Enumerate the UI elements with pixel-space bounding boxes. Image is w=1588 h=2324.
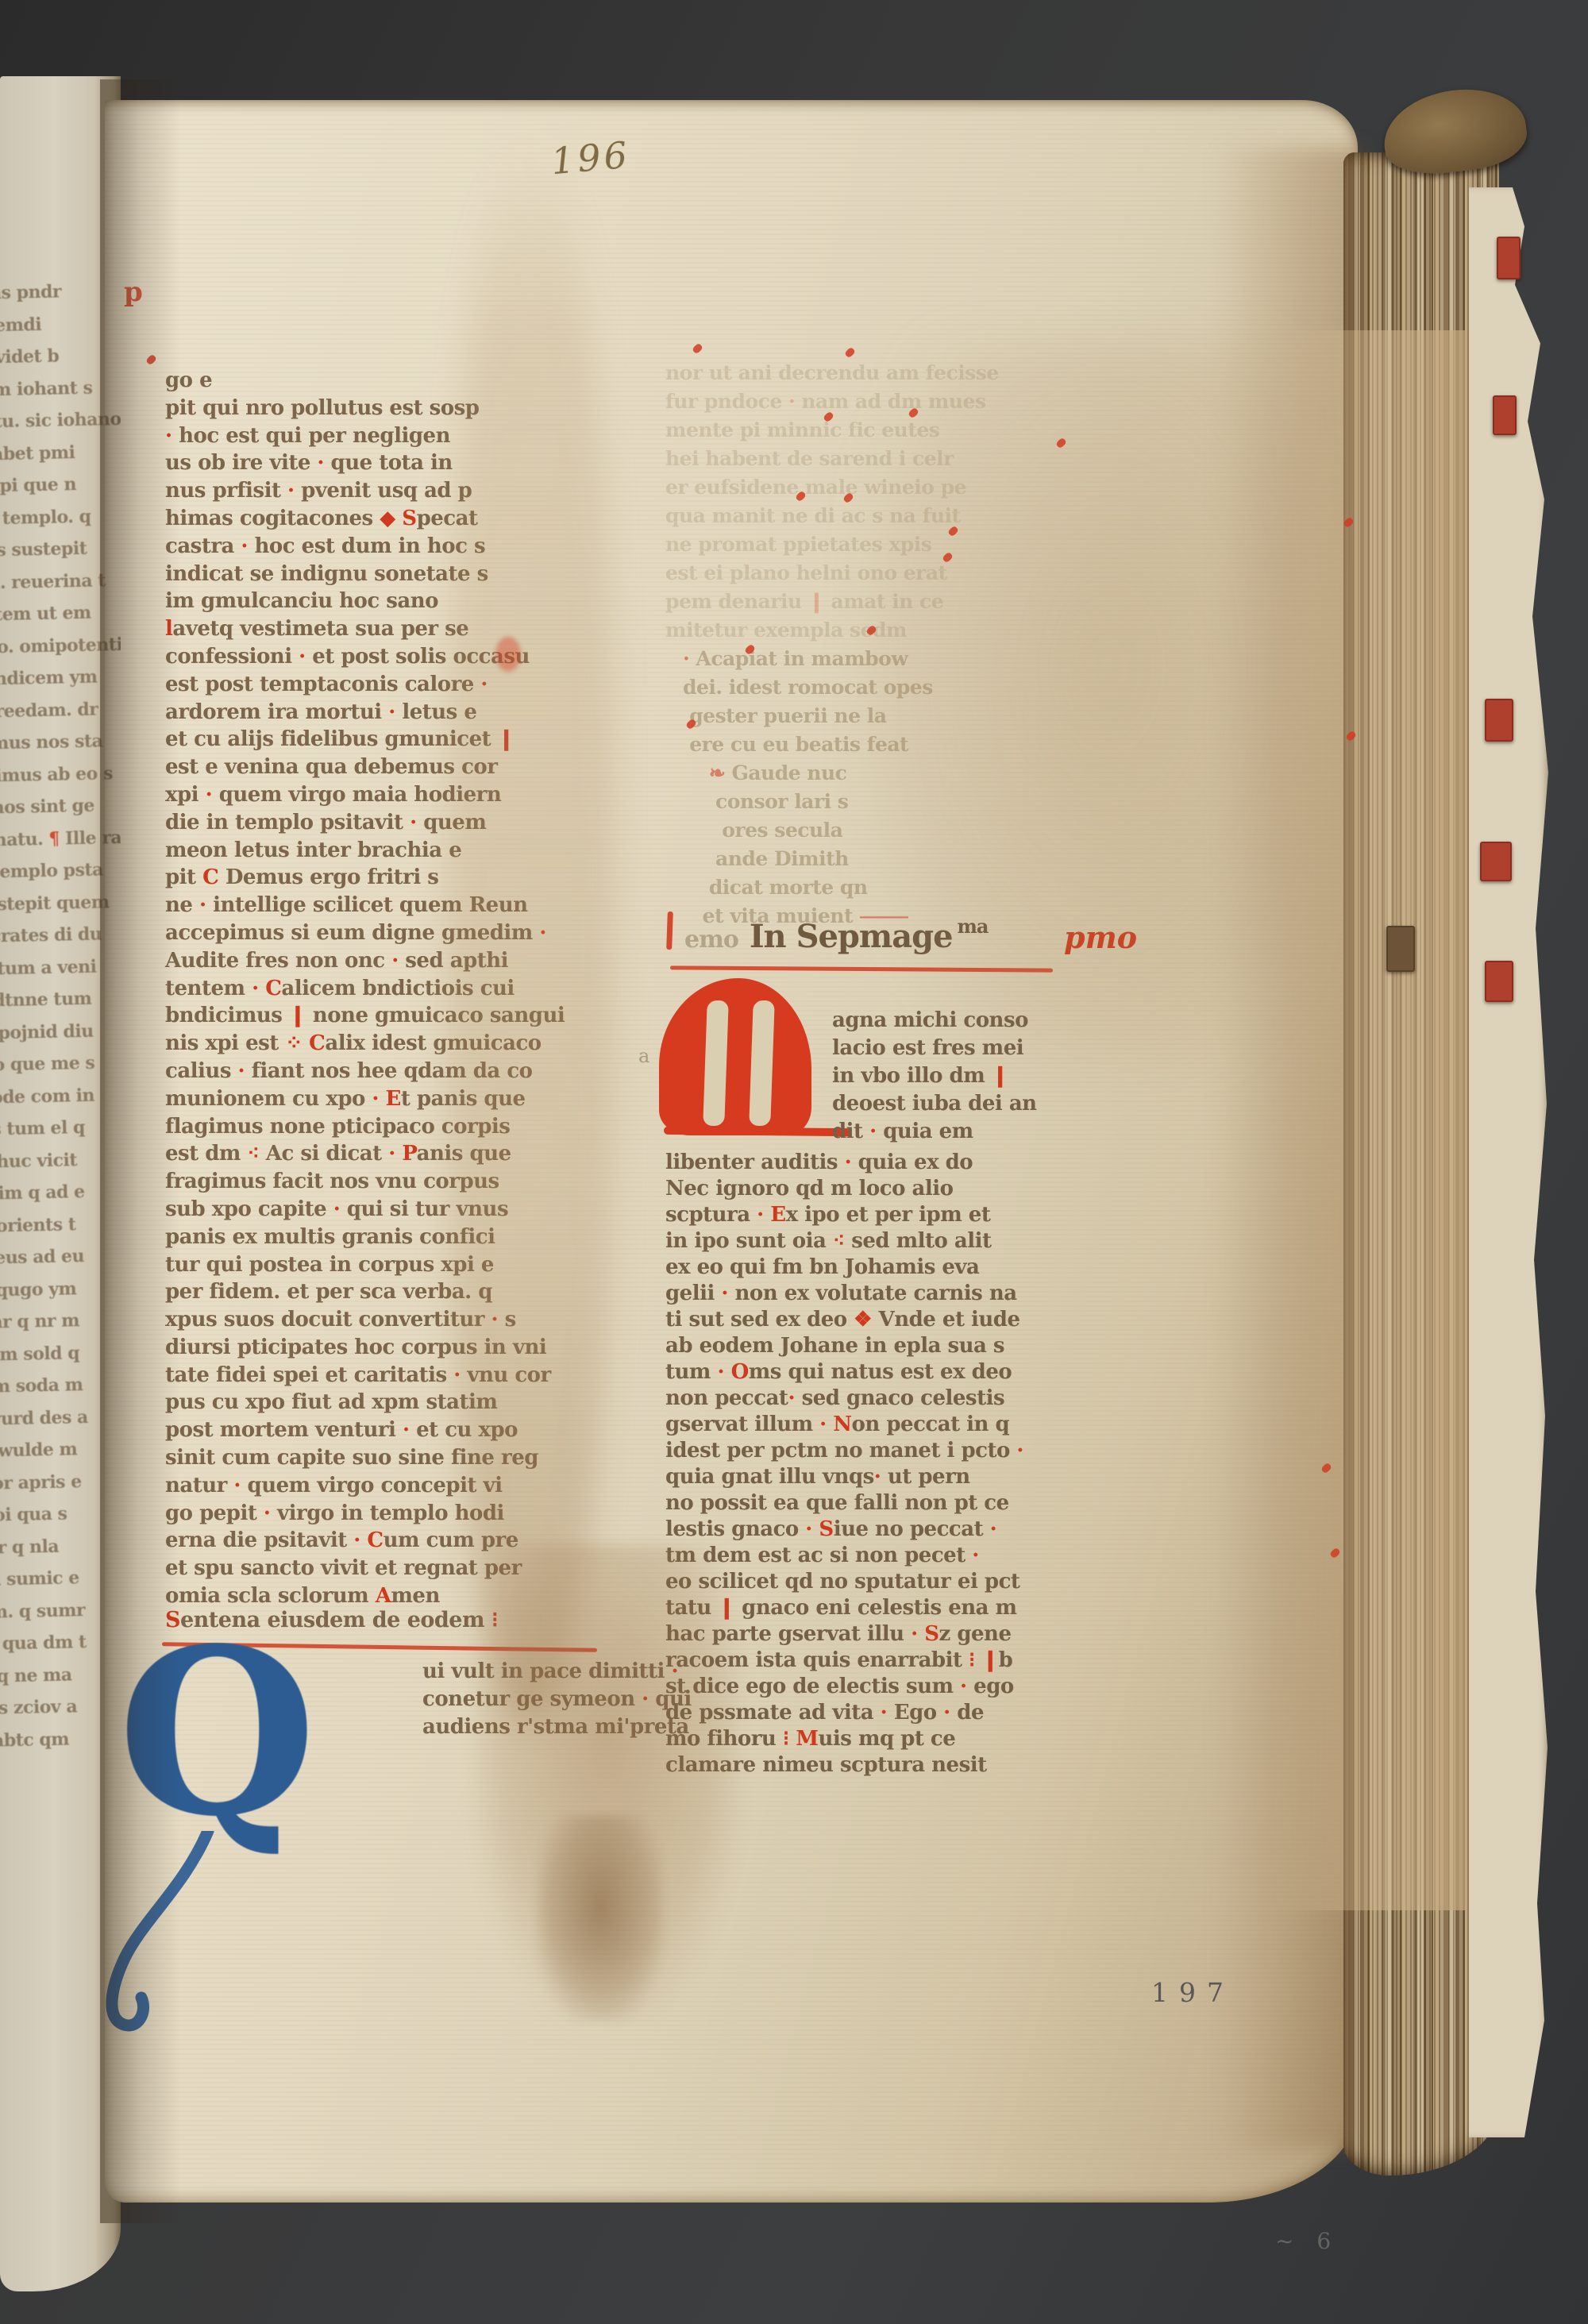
- edge-shadow-band: [1213, 148, 1360, 2149]
- manuscript-line: bndicimus ❙ none gmuicaco sangui: [165, 1002, 578, 1030]
- manuscript-line: qua manit ne di ac s na fuit: [665, 502, 1078, 530]
- manuscript-line: uem. q sumr: [0, 1593, 121, 1628]
- manuscript-line: mias tum el q: [0, 1111, 121, 1147]
- manuscript-line: agna michi conso: [832, 1007, 1166, 1035]
- manuscript-line: msecrates di du: [0, 918, 121, 954]
- red-dot: [1329, 1547, 1341, 1559]
- manuscript-line: asthim q ad e: [0, 1175, 121, 1211]
- manuscript-line: idest per pctm no manet i pcto ·: [665, 1438, 1110, 1464]
- manuscript-line: arij habet pmi: [0, 435, 121, 471]
- manuscript-line: de pssmate ad vita · Ego · de: [665, 1700, 1110, 1726]
- manuscript-line: est e venina qua debemus cor: [165, 753, 578, 781]
- bookmark-tab-red: [1485, 699, 1513, 742]
- manuscript-line: consor lari s: [683, 788, 1080, 816]
- manuscript-line: nus prfisit · pvenit usq ad p: [165, 477, 578, 505]
- manuscript-line: oim indicem ym: [0, 661, 121, 696]
- manuscript-line: eptimos sint ge: [0, 789, 121, 825]
- manuscript-line: nepi xpi que n: [0, 468, 121, 503]
- manuscript-line: no possit ea que falli non pt ce: [665, 1490, 1110, 1517]
- manuscript-line: pit qui nro pollutus est sosp: [165, 395, 578, 422]
- manuscript-line: m abtc qm: [0, 1721, 121, 1757]
- manuscript-line: us ob ire vite · que tota in: [165, 449, 578, 477]
- manuscript-line: lavetq vestimeta sua per se: [165, 615, 578, 643]
- manuscript-line: est ei plano helni ono erat: [665, 559, 1078, 588]
- manuscript-line: scptura · Ex ipo et per ipm et: [665, 1202, 1110, 1228]
- manuscript-line: nia qua dm t: [0, 1624, 121, 1660]
- manuscript-line: m gode com in: [0, 1078, 121, 1114]
- manuscript-line: dit · quia em: [832, 1118, 1166, 1146]
- manuscript-line: tatem. reuerina t: [0, 564, 121, 599]
- manuscript-line: · Acapiat in mambow: [683, 645, 1080, 673]
- bookmark-tab-brown: [1386, 926, 1415, 972]
- manuscript-line: ptem soda m: [0, 1367, 121, 1403]
- red-dot: [692, 343, 703, 355]
- water-stain-drip: [537, 1815, 664, 2021]
- manuscript-line: si ar q nla: [0, 1528, 121, 1564]
- manuscript-line: im gmulcanciu hoc sano: [165, 588, 578, 615]
- manuscript-line: ores secula: [683, 816, 1080, 845]
- manuscript-line: ni suis sustepit: [0, 532, 121, 568]
- right-column-faded-upper: nor ut ani decrendu am fecissefur pndoce…: [665, 359, 1078, 645]
- manuscript-line: tum · Oms qui natus est ex deo: [665, 1359, 1110, 1386]
- manuscript-line: a fsidtnne tum: [0, 982, 121, 1018]
- manuscript-line: eo scilicet qd no sputatur ei pct: [665, 1569, 1110, 1595]
- manuscript-line: etius m iohant s: [0, 371, 121, 407]
- heading-prefix: emo: [684, 926, 738, 954]
- manuscript-line: non peccat· sed gnaco celestis: [665, 1386, 1110, 1412]
- manuscript-line: ha q ne ma: [0, 1657, 121, 1693]
- manuscript-line: deoest iuba dei an: [832, 1090, 1166, 1118]
- manuscript-line: sinit cum capite suo sine fine reg: [165, 1444, 578, 1472]
- manuscript-line: m deus ad eu: [0, 1239, 121, 1275]
- heading-underline: [670, 965, 1053, 972]
- manuscript-line: tur in templo. q: [0, 499, 121, 535]
- manuscript-line: q doi qua s: [0, 1496, 121, 1532]
- manuscript-line: hei habent de sarend i celr: [665, 445, 1078, 473]
- manuscript-line: qua sumic e: [0, 1560, 121, 1596]
- manuscript-line: mente pi minnic fic eutes: [665, 416, 1078, 445]
- heading-text: In Sepmage: [750, 918, 953, 955]
- stamped-folio-number: 197: [1151, 1977, 1235, 2008]
- manuscript-page: 196 p go epit qui nro pollutus est sosp·…: [105, 100, 1358, 2203]
- manuscript-line: pus cu xpo fiut ad xpm statim: [165, 1389, 578, 1416]
- manuscript-line: post mortem venturi · et cu xpo: [165, 1416, 578, 1444]
- manuscript-line: quia gnat illu vnqs· ut pern: [665, 1464, 1110, 1490]
- heading-red-marker: pmo: [1064, 919, 1137, 955]
- manuscript-line: tate fidei spei et caritatis · vnu cor: [165, 1362, 578, 1389]
- manuscript-line: as no que me s: [0, 1046, 121, 1082]
- initial-m: M: [659, 978, 811, 1135]
- manuscript-line: ne promat ppietates xpis: [665, 530, 1078, 559]
- manuscript-line: gservat illum · Non peccat in q: [665, 1412, 1110, 1438]
- manuscript-line: sed orients t: [0, 1207, 121, 1243]
- manuscript-line: pit C Demus ergo fritri s: [165, 864, 578, 892]
- manuscript-line: dei. idest romocat opes: [683, 673, 1080, 702]
- manuscript-line: racoem ista quis enarrabit ⁝ ❙b: [665, 1648, 1110, 1674]
- manuscript-line: nom reedam. dr: [0, 692, 121, 728]
- manuscript-line: redamus nos sta: [0, 725, 121, 761]
- bookmark-tab-red: [1493, 395, 1517, 435]
- manuscript-line: · mentu. sic iohano: [0, 403, 121, 439]
- manuscript-line: himas cogitacones ◆ Specat: [165, 505, 578, 533]
- manuscript-line: go e: [165, 367, 578, 395]
- manuscript-line: mo fihoru ⁝ Muis mq pt ce: [665, 1726, 1110, 1752]
- manuscript-line: et cu alijs fidelibus gmunicet ❙: [165, 726, 578, 753]
- manuscript-line: clamare nimeu scptura nesit: [665, 1752, 1110, 1779]
- facing-page-text: us quas pndres no emdise no videt betius…: [0, 275, 121, 1757]
- manuscript-line: m wurd des a: [0, 1400, 121, 1436]
- manuscript-line: hac parte gservat illu · Sz gene: [665, 1621, 1110, 1648]
- manuscript-line: psalm sold q: [0, 1335, 121, 1371]
- manuscript-line: natur · quem virgo concepit vi: [165, 1472, 578, 1500]
- manuscript-line: ardorem ira mortui · letus e: [165, 699, 578, 726]
- manuscript-line: indicat se indignu sonetate s: [165, 561, 578, 588]
- manuscript-line: exierimus ab eo s: [0, 757, 121, 792]
- manuscript-line: gnitatem ut em: [0, 596, 121, 632]
- heading-superscript: ma: [958, 915, 989, 938]
- bookmark-tab-red: [1480, 842, 1512, 881]
- manuscript-line: dms zciov a: [0, 1689, 121, 1725]
- manuscript-line: panis ex multis granis confici: [165, 1224, 578, 1251]
- manuscript-line: meon letus inter brachia e: [165, 837, 578, 865]
- right-column-beside-initial: agna michi consolacio est fres meiin vbo…: [832, 1007, 1166, 1146]
- manuscript-line: a dor apris e: [0, 1464, 121, 1500]
- right-column-faded-lower: · Acapiat in mambowdei. idest romocat op…: [683, 645, 1080, 931]
- manuscript-line: nor ut ani decrendu am fecisse: [665, 359, 1078, 387]
- manuscript-line: confessioni · et post solis occasu: [165, 643, 578, 671]
- manuscript-line: diursi pticipates hoc corpus in vni: [165, 1334, 578, 1362]
- manuscript-line: castra · hoc est dum in hoc s: [165, 533, 578, 561]
- left-text-column: go epit qui nro pollutus est sosp· hoc e…: [165, 367, 578, 1610]
- guide-letter: a: [638, 1045, 649, 1067]
- manuscript-line: in ipo sunt oia ⁖ sed mlto alit: [665, 1228, 1110, 1254]
- section-heading: emoIn Sepmagema: [684, 915, 988, 955]
- manuscript-line: Nec ignoro qd m loco alio: [665, 1176, 1110, 1202]
- book-top-corner: [1378, 82, 1530, 179]
- manuscript-line: pem denariu ❙ amat in ce: [665, 588, 1078, 616]
- manuscript-line: ❧ Gaude nuc: [683, 759, 1080, 788]
- manuscript-line: sue matu. ¶ Ille ra: [0, 821, 121, 857]
- manuscript-line: er eufsidene male wineio pe: [665, 473, 1078, 502]
- manuscript-line: ma wulde m: [0, 1432, 121, 1467]
- manuscript-line: lacio est fres mei: [832, 1035, 1166, 1062]
- manuscript-line: ab eodem Johane in epla sua s: [665, 1333, 1110, 1359]
- manuscript-line: tatu ❙ gnaco eni celestis ena m: [665, 1595, 1110, 1621]
- manuscript-line: sub xpo capite · qui si tur vnus: [165, 1196, 578, 1224]
- manuscript-line: · hoc est qui per negligen: [165, 422, 578, 450]
- manuscript-line: tur qui postea in corpus xpi e: [165, 1251, 578, 1279]
- bookmark-tab-red: [1485, 961, 1513, 1002]
- manuscript-line: xpus suos docuit convertitur · s: [165, 1306, 578, 1334]
- manuscript-line: se no videt b: [0, 339, 121, 375]
- manuscript-line: tum pojnid diu: [0, 1014, 121, 1050]
- manuscript-line: Audite fres non onc · sed apthi: [165, 947, 578, 975]
- manuscript-line: m sustepit quem: [0, 885, 121, 921]
- manuscript-line: ne · intellige scilicet quem Reun: [165, 892, 578, 919]
- manuscript-line: est dm ⁖ Ac si dicat · Panis que: [165, 1140, 578, 1168]
- manuscript-line: flagimus none pticipaco corpis: [165, 1113, 578, 1141]
- manuscript-line: dicat morte qn: [683, 873, 1080, 902]
- manuscript-line: es no emdi: [0, 306, 121, 342]
- manuscript-line: libenter auditis · quia ex do: [665, 1150, 1110, 1176]
- manuscript-line: tm dem est ac si non pecet ·: [665, 1543, 1110, 1569]
- manuscript-line: xpi · quem virgo maia hodiern: [165, 781, 578, 809]
- torn-page-edges: [1469, 187, 1548, 2137]
- manuscript-line: lestis gnaco · Siue no peccat ·: [665, 1517, 1110, 1543]
- manuscript-line: ti sut sed ex deo ❖ Vnde et iude: [665, 1307, 1110, 1333]
- manuscript-line: udi qugo ym: [0, 1271, 121, 1307]
- red-dot: [1320, 1463, 1332, 1474]
- manuscript-line: a in templo psta: [0, 854, 121, 889]
- manuscript-line: calius · fiant nos hee qdam da co: [165, 1058, 578, 1085]
- manuscript-line: us quas pndr: [0, 275, 121, 310]
- manuscript-line: a adhuc vicit: [0, 1143, 121, 1178]
- red-dot: [844, 347, 856, 359]
- manuscript-line: nis xpi est ⁘ Calix idest gmuicaco: [165, 1030, 578, 1058]
- initial-q-flourish: [89, 1831, 248, 2053]
- margin-mark: p: [124, 276, 143, 308]
- manuscript-line: nd nr q nr m: [0, 1304, 121, 1339]
- manuscript-line: ex eo qui fm bn Johamis eva: [665, 1254, 1110, 1281]
- manuscript-line: fragimus facit nos vnu corpus: [165, 1168, 578, 1196]
- manuscript-line: erna die psitavit · Cum cum pre: [165, 1527, 578, 1555]
- heading-red-bracket: [666, 911, 673, 950]
- bookmark-tab-red: [1497, 237, 1521, 279]
- manuscript-line: in vbo illo dm ❙: [832, 1062, 1166, 1090]
- manuscript-line: gelii · non ex volutate carnis na: [665, 1281, 1110, 1307]
- manuscript-line: munionem cu xpo · Et panis que: [165, 1085, 578, 1113]
- manuscript-line: die in templo psitavit · quem: [165, 809, 578, 837]
- corner-annotation: ~ 6: [1275, 2228, 1339, 2254]
- photo-backdrop: us quas pndres no emdise no videt betius…: [0, 0, 1588, 2324]
- manuscript-line: ere cu eu beatis feat: [683, 730, 1080, 759]
- manuscript-line: st dice ego de electis sum · ego: [665, 1674, 1110, 1700]
- manuscript-line: ande Dimith: [683, 845, 1080, 873]
- manuscript-line: go pepit · virgo in templo hodi: [165, 1500, 578, 1528]
- manuscript-line: fur pndoce · nam ad dm mues: [665, 387, 1078, 416]
- red-dot: [145, 354, 157, 366]
- initial-q: Q: [118, 1618, 317, 1847]
- manuscript-line: gester puerii ne la: [683, 702, 1080, 730]
- manuscript-line: mas tum a veni: [0, 950, 121, 985]
- right-text-column: libenter auditis · quia ex doNec ignoro …: [665, 1150, 1110, 1779]
- manuscript-line: est post temptaconis calore ·: [165, 671, 578, 699]
- manuscript-line: et spu sancto vivit et regnat per: [165, 1555, 578, 1582]
- manuscript-line: per fidem. et per sca verba. q: [165, 1278, 578, 1306]
- initial-m-bowl: [659, 978, 811, 1135]
- manuscript-line: de deo. omipotenti: [0, 628, 121, 664]
- manuscript-line: tentem · Calicem bndictiois cui: [165, 975, 578, 1003]
- folio-number-handwritten: 196: [549, 133, 632, 183]
- manuscript-line: accepimus si eum digne gmedim ·: [165, 919, 578, 947]
